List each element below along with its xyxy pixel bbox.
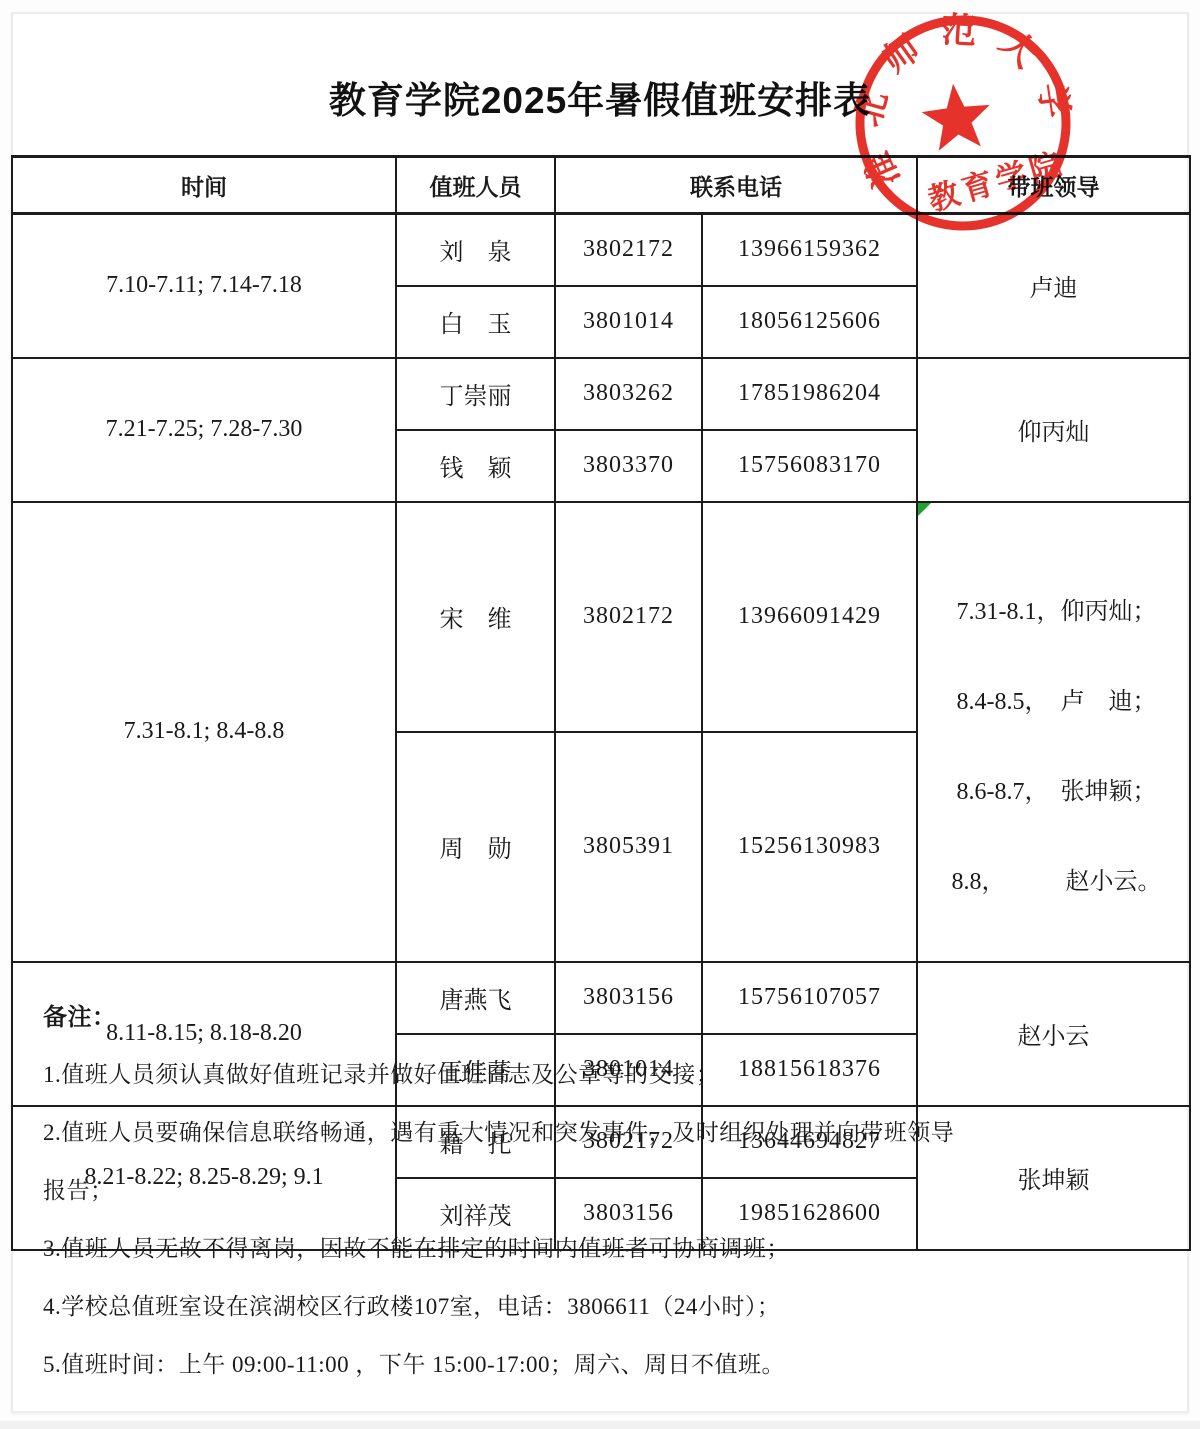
table-header-row: 时间 值班人员 联系电话 带班领导 [12, 157, 1190, 214]
leader-line: 8.6-8.7， 张坤颖； [930, 777, 1183, 807]
mobile-phone-cell: 18056125606 [702, 286, 917, 358]
cell-note-marker-icon [918, 503, 931, 516]
name-cell: 周 勋 [396, 732, 555, 962]
notes-label: 备注： [43, 985, 1161, 1043]
col-header-person: 值班人员 [396, 157, 555, 214]
document-page: 教育学院2025年暑假值班安排表 时间 值班人员 联系电话 带班领导 7.10-… [11, 12, 1189, 1413]
leader-cell: 卢迪 [917, 214, 1190, 358]
name-cell: 宋 维 [396, 502, 555, 732]
time-cell: 7.10-7.11; 7.14-7.18 [12, 214, 396, 358]
office-phone-cell: 3805391 [555, 732, 702, 962]
page-title: 教育学院2025年暑假值班安排表 [13, 70, 1187, 124]
note-line: 5.值班时间：上午 09:00-11:00 ，下午 15:00-17:00；周六… [43, 1333, 1161, 1391]
time-cell: 7.21-7.25; 7.28-7.30 [12, 358, 396, 502]
time-cell: 7.31-8.1; 8.4-8.8 [12, 502, 396, 962]
table-row: 7.10-7.11; 7.14-7.18 刘 泉 3802172 1396615… [12, 214, 1190, 286]
office-phone-cell: 3802172 [555, 502, 702, 732]
mobile-phone-cell: 17851986204 [702, 358, 917, 430]
leader-line: 8.4-8.5， 卢 迪； [930, 687, 1183, 717]
name-cell: 丁崇丽 [396, 358, 555, 430]
table-row: 7.31-8.1; 8.4-8.8 宋 维 3802172 1396609142… [12, 502, 1190, 732]
col-header-phone: 联系电话 [555, 157, 917, 214]
mobile-phone-cell: 15756083170 [702, 430, 917, 502]
note-line: 1.值班人员须认真做好值班记录并做好值班日志及公章等的交接； [43, 1043, 1161, 1101]
mobile-phone-cell: 13966159362 [702, 214, 917, 286]
office-phone-cell: 3803262 [555, 358, 702, 430]
note-line: 报告； [43, 1159, 1161, 1217]
name-cell: 刘 泉 [396, 214, 555, 286]
leader-line: 8.8， 赵小云。 [930, 867, 1183, 897]
leader-line: 7.31-8.1，仰丙灿； [930, 597, 1183, 627]
leader-cell: 仰丙灿 [917, 358, 1190, 502]
col-header-leader: 带班领导 [917, 157, 1190, 214]
note-line: 4.学校总值班室设在滨湖校区行政楼107室，电话：3806611（24小时）； [43, 1275, 1161, 1333]
note-line: 3.值班人员无故不得离岗，因故不能在排定的时间内值班者可协商调班； [43, 1217, 1161, 1275]
office-phone-cell: 3803370 [555, 430, 702, 502]
table-row: 7.21-7.25; 7.28-7.30 丁崇丽 3803262 1785198… [12, 358, 1190, 430]
notes-section: 备注： 1.值班人员须认真做好值班记录并做好值班日志及公章等的交接； 2.值班人… [43, 985, 1161, 1391]
page-bottom-edge [0, 1421, 1200, 1429]
name-cell: 钱 颖 [396, 430, 555, 502]
office-phone-cell: 3802172 [555, 214, 702, 286]
office-phone-cell: 3801014 [555, 286, 702, 358]
mobile-phone-cell: 15256130983 [702, 732, 917, 962]
col-header-time: 时间 [12, 157, 396, 214]
note-line: 2.值班人员要确保信息联络畅通，遇有重大情况和突发事件，及时组织处理并向带班领导 [43, 1101, 1161, 1159]
name-cell: 白 玉 [396, 286, 555, 358]
leader-cell: 7.31-8.1，仰丙灿； 8.4-8.5， 卢 迪； 8.6-8.7， 张坤颖… [917, 502, 1190, 962]
mobile-phone-cell: 13966091429 [702, 502, 917, 732]
